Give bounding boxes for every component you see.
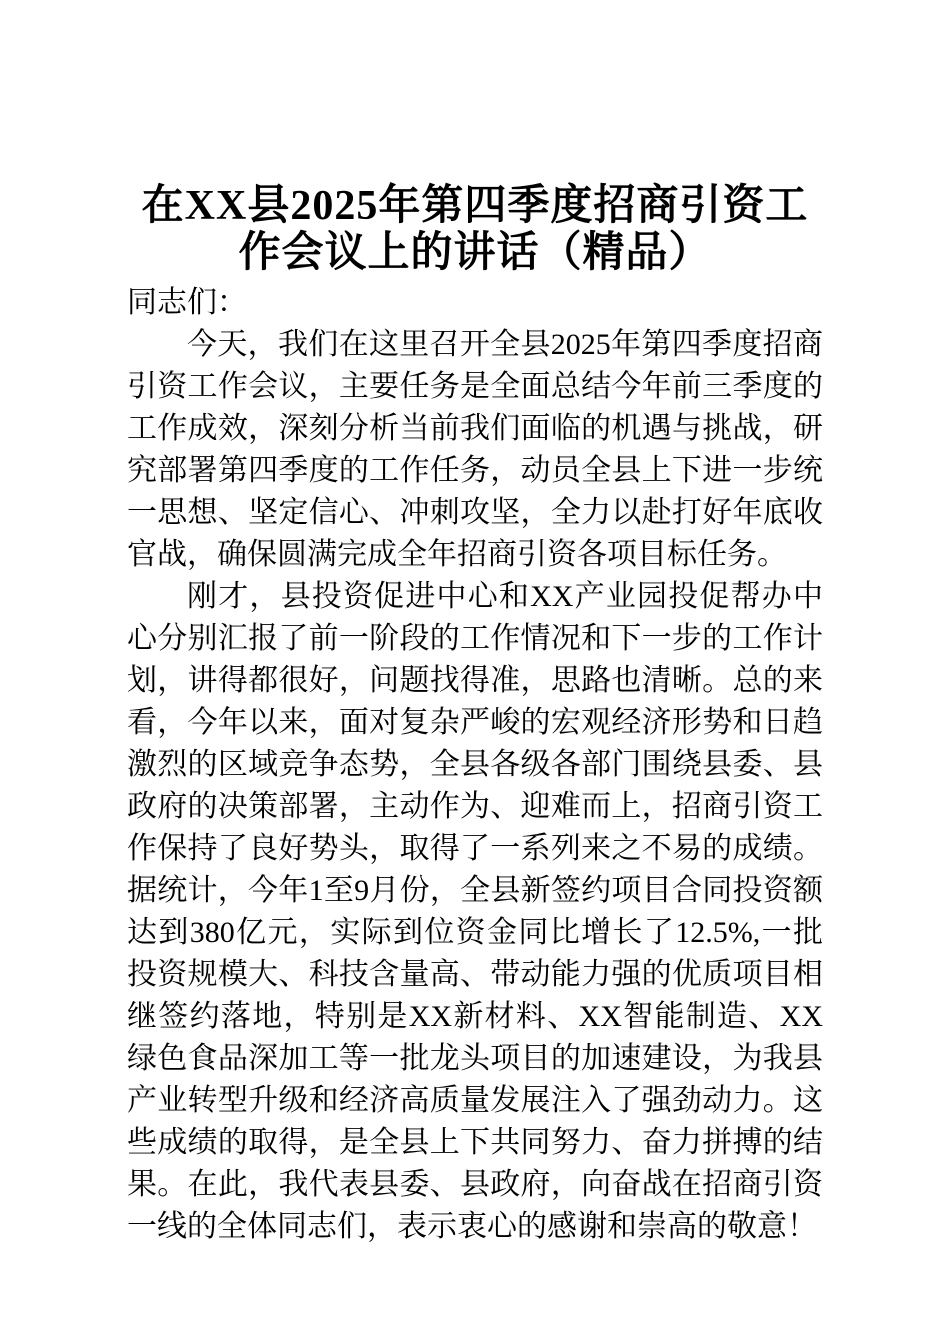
document-body: 同志们： 今天，我们在这里召开全县2025年第四季度招商引资工作会议，主要任务是…: [127, 282, 823, 1248]
document-page: 在XX县2025年第四季度招商引资工 作会议上的讲话（精品） 同志们： 今天，我…: [0, 0, 950, 1344]
document-title-line-1: 在XX县2025年第四季度招商引资工: [127, 183, 823, 230]
document-title-line-2: 作会议上的讲话（精品）: [127, 230, 823, 277]
paragraph-opening: 今天，我们在这里召开全县2025年第四季度招商引资工作会议，主要任务是全面总结今…: [127, 324, 823, 576]
salutation: 同志们：: [127, 282, 823, 324]
document-title: 在XX县2025年第四季度招商引资工 作会议上的讲话（精品）: [127, 183, 823, 277]
paragraph-achievements: 刚才，县投资促进中心和XX产业园投促帮办中心分别汇报了前一阶段的工作情况和下一步…: [127, 576, 823, 1248]
